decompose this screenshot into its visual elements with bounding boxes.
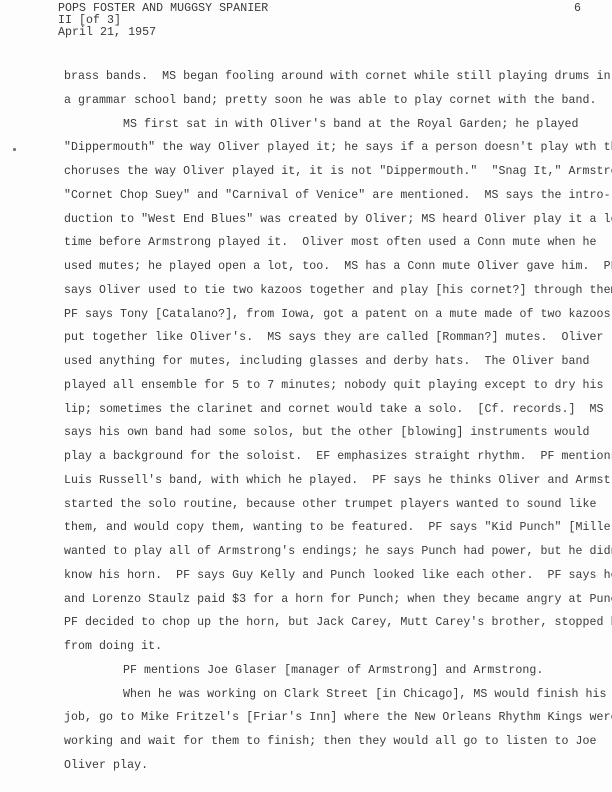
text-line: PF says Tony [Catalano?], from Iowa, got… [64, 308, 604, 332]
text-line: Luis Russell's band, with which he playe… [64, 474, 604, 498]
text-line: says his own band had some solos, but th… [64, 426, 604, 450]
text-line: played all ensemble for 5 to 7 minutes; … [64, 379, 604, 403]
text-line: wanted to play all of Armstrong's ending… [64, 545, 604, 569]
margin-speck [13, 148, 16, 151]
text-line: PF decided to chop up the horn, but Jack… [64, 616, 604, 640]
text-line: put together like Oliver's. MS says they… [64, 331, 604, 355]
text-line: brass bands. MS began fooling around wit… [64, 70, 604, 94]
text-line: "Cornet Chop Suey" and "Carnival of Veni… [64, 189, 604, 213]
text-line: working and wait for them to finish; the… [64, 735, 604, 759]
text-line: used anything for mutes, including glass… [64, 355, 604, 379]
text-line: duction to "West End Blues" was created … [64, 213, 604, 237]
text-line: time before Armstrong played it. Oliver … [64, 236, 604, 260]
text-line: says Oliver used to tie two kazoos toget… [64, 284, 604, 308]
text-line: play a background for the soloist. EF em… [64, 450, 604, 474]
text-line: Oliver play. [64, 759, 604, 783]
text-line: When he was working on Clark Street [in … [64, 688, 604, 712]
text-line: a grammar school band; pretty soon he wa… [64, 94, 604, 118]
text-line: choruses the way Oliver played it, it is… [64, 165, 604, 189]
text-line: know his horn. PF says Guy Kelly and Pun… [64, 569, 604, 593]
document-page: POPS FOSTER AND MUGGSY SPANIER II [of 3]… [0, 0, 612, 792]
text-line: from doing it. [64, 640, 604, 664]
text-line: started the solo routine, because other … [64, 498, 604, 522]
text-line: used mutes; he played open a lot, too. M… [64, 260, 604, 284]
text-line: and Lorenzo Staulz paid $3 for a horn fo… [64, 593, 604, 617]
text-line: job, go to Mike Fritzel's [Friar's Inn] … [64, 711, 604, 735]
page-number: 6 [574, 3, 581, 15]
text-line: "Dippermouth" the way Oliver played it; … [64, 141, 604, 165]
text-line: PF mentions Joe Glaser [manager of Armst… [64, 664, 604, 688]
text-line: MS first sat in with Oliver's band at th… [64, 118, 604, 142]
page-header: POPS FOSTER AND MUGGSY SPANIER II [of 3]… [58, 3, 268, 39]
text-line: lip; sometimes the clarinet and cornet w… [64, 403, 604, 427]
header-date: April 21, 1957 [58, 27, 268, 39]
text-line: them, and would copy them, wanting to be… [64, 521, 604, 545]
transcript-body: brass bands. MS began fooling around wit… [64, 70, 604, 783]
